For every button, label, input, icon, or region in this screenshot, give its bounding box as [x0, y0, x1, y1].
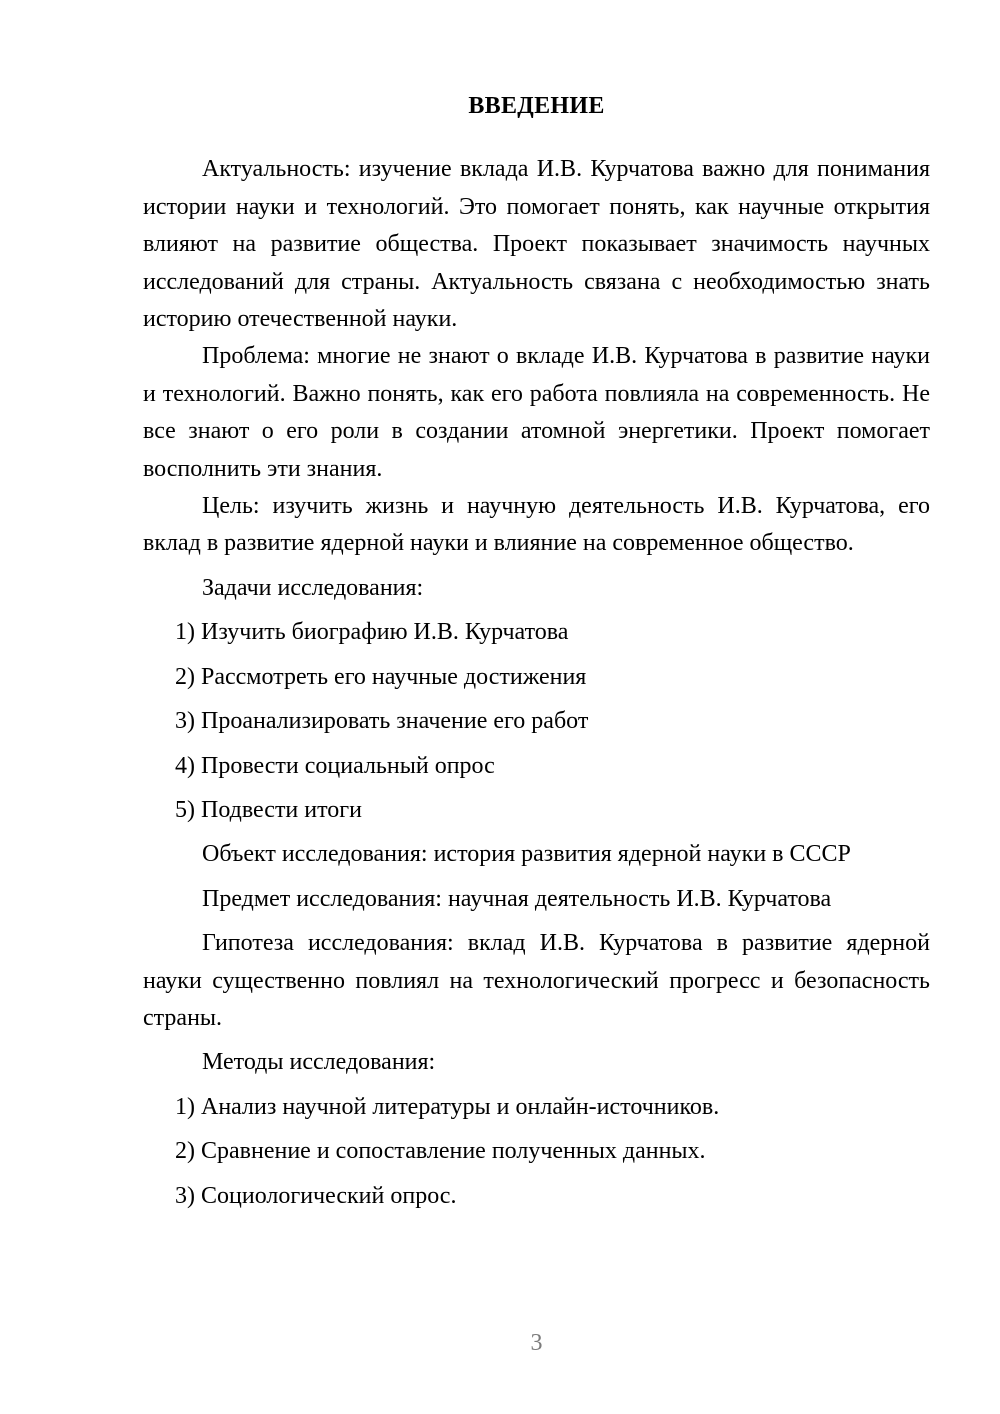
page-content: ВВЕДЕНИЕ Актуальность: изучение вклада И…: [143, 88, 930, 1222]
hypothesis-paragraph: Гипотеза исследования: вклад И.В. Курчат…: [143, 925, 930, 1037]
task-item-1: 1) Изучить биографию И.В. Курчатова: [143, 614, 930, 651]
method-item-2: 2) Сравнение и сопоставление полученных …: [143, 1133, 930, 1170]
methods-heading: Методы исследования:: [143, 1044, 930, 1081]
tasks-heading: Задачи исследования:: [143, 570, 930, 607]
task-item-5: 5) Подвести итоги: [143, 792, 930, 829]
page-number: 3: [143, 1328, 930, 1358]
task-item-4: 4) Провести социальный опрос: [143, 748, 930, 785]
document-page: ВВЕДЕНИЕ Актуальность: изучение вклада И…: [0, 0, 1000, 1414]
paragraph-relevance: Актуальность: изучение вклада И.В. Курча…: [143, 151, 930, 338]
method-item-3: 3) Социологический опрос.: [143, 1178, 930, 1215]
paragraph-problem: Проблема: многие не знают о вкладе И.В. …: [143, 338, 930, 488]
object-line: Объект исследования: история развития яд…: [143, 836, 930, 873]
method-item-1: 1) Анализ научной литературы и онлайн-ис…: [143, 1089, 930, 1126]
subject-line: Предмет исследования: научная деятельнос…: [143, 881, 930, 918]
paragraph-goal: Цель: изучить жизнь и научную деятельнос…: [143, 488, 930, 563]
task-item-3: 3) Проанализировать значение его работ: [143, 703, 930, 740]
task-item-2: 2) Рассмотреть его научные достижения: [143, 659, 930, 696]
section-title: ВВЕДЕНИЕ: [143, 88, 930, 125]
